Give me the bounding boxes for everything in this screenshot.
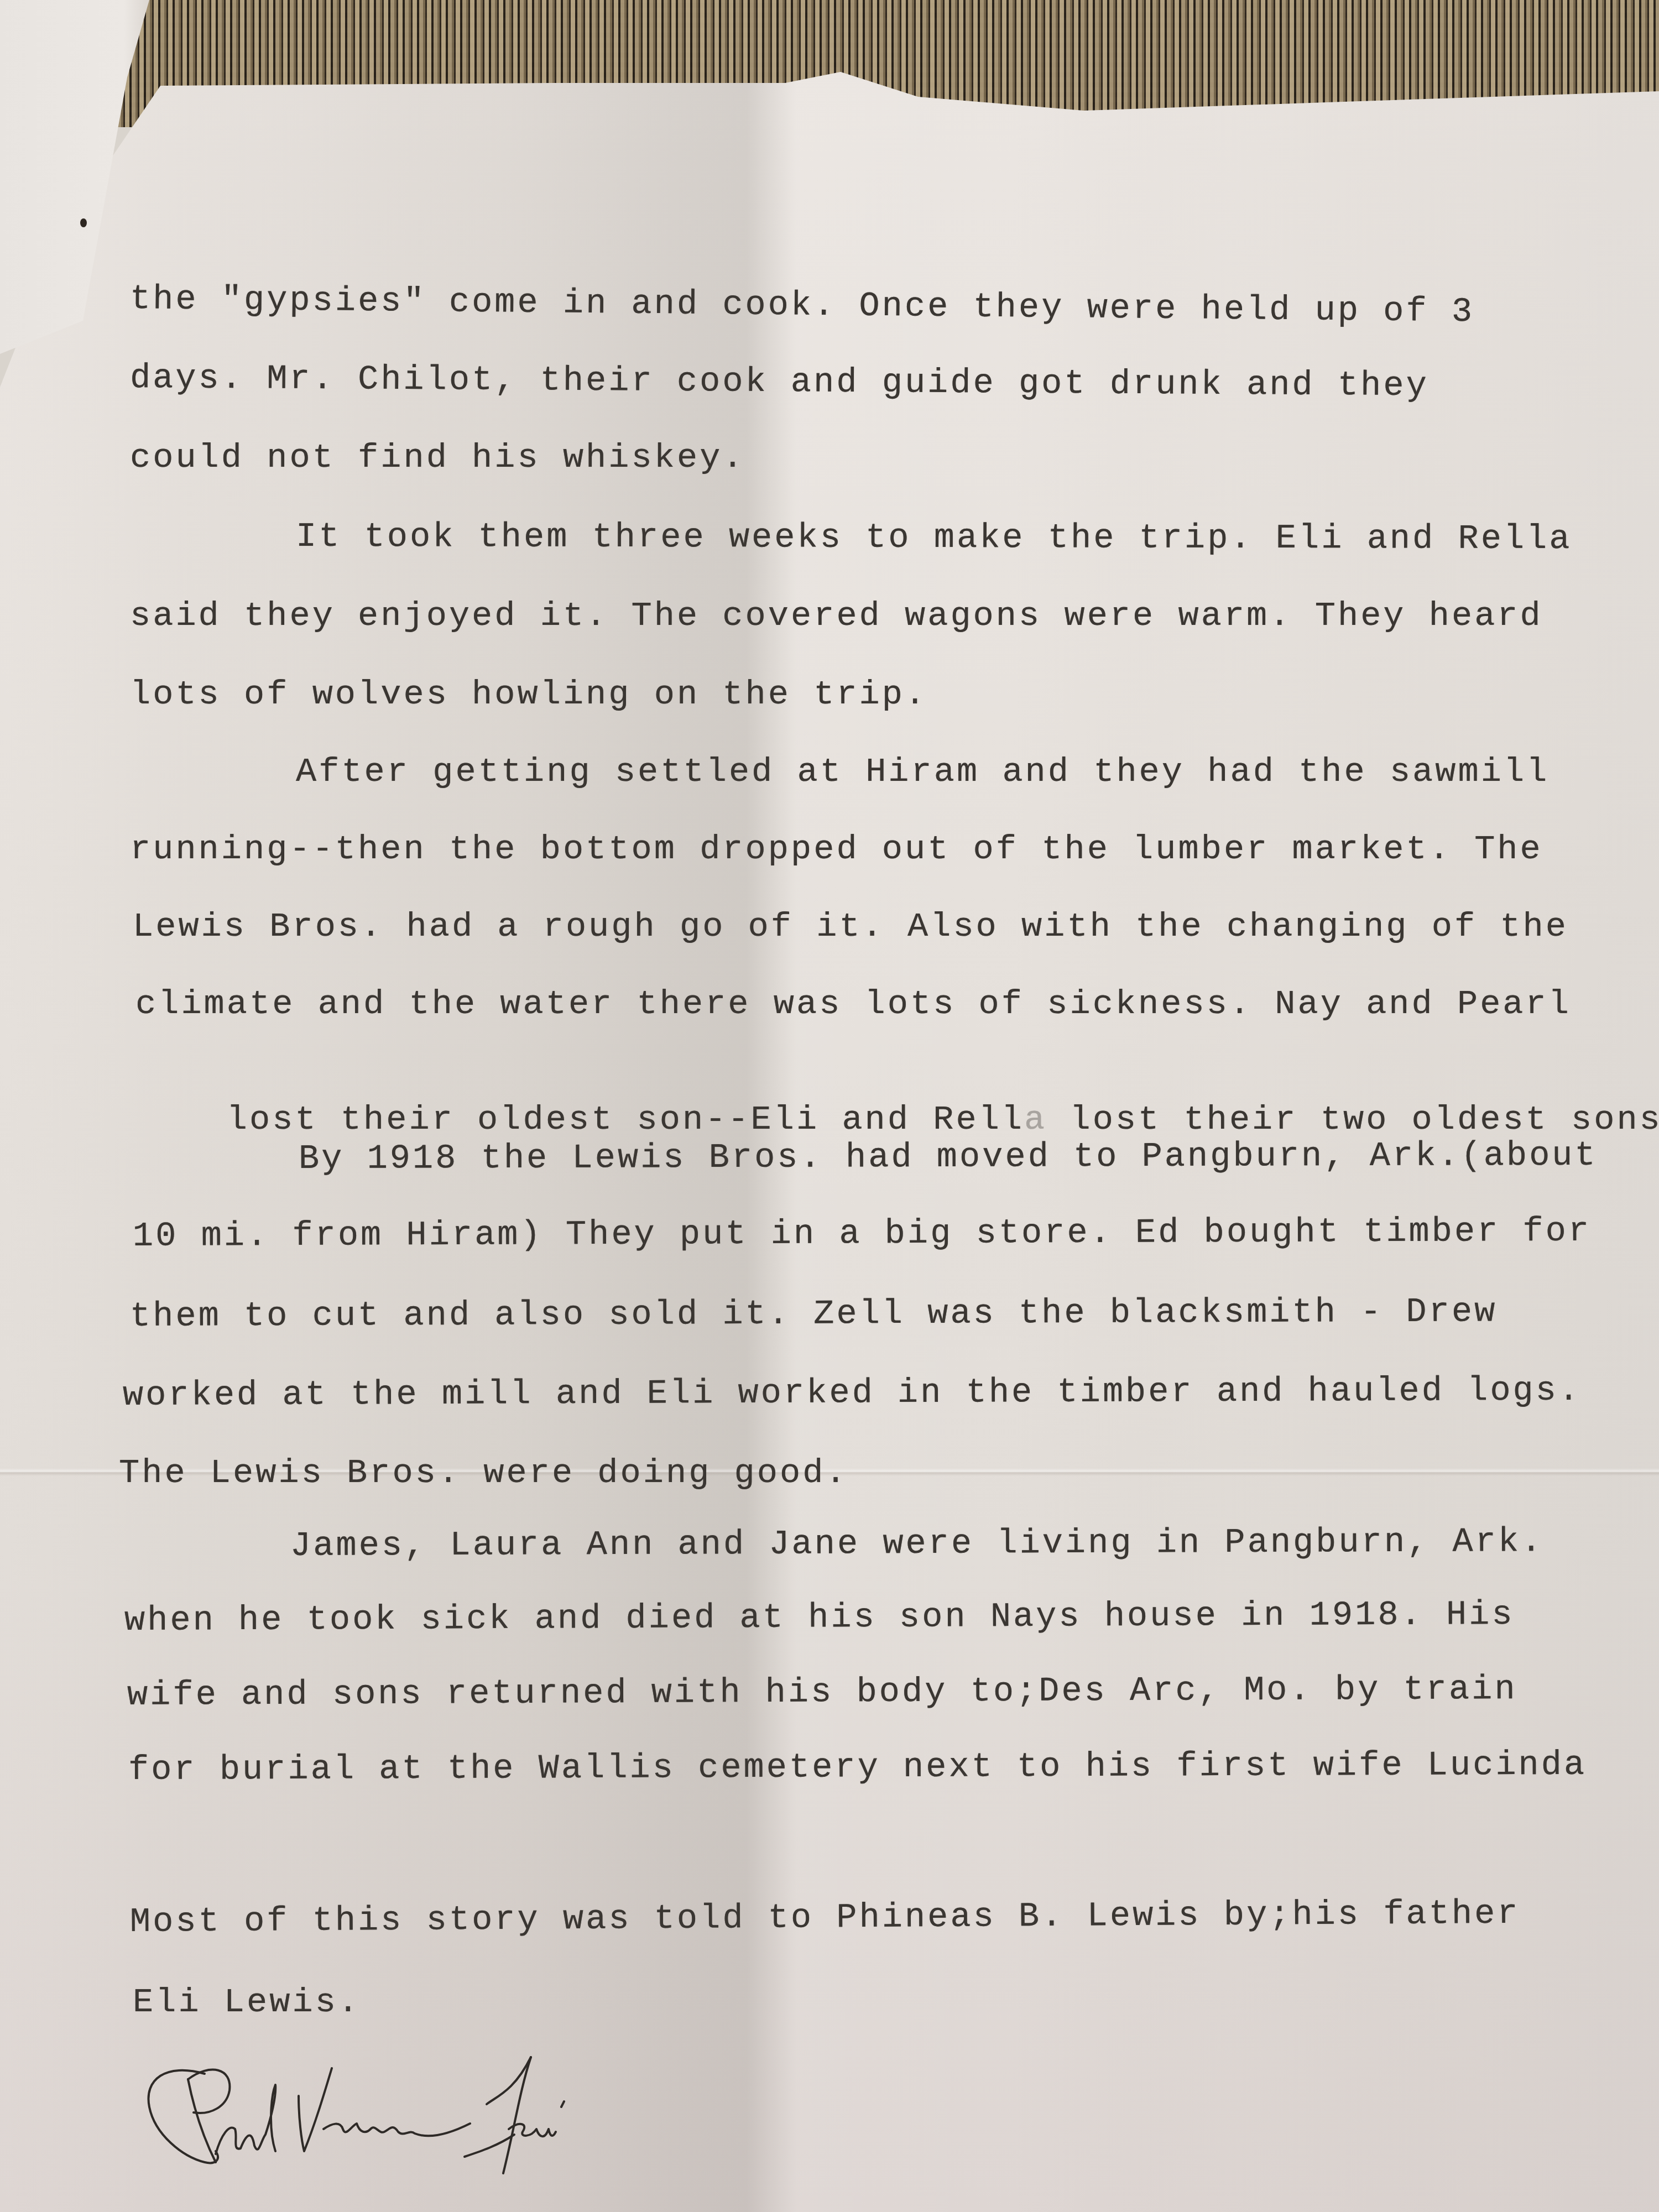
text-line: James, Laura Ann and Jane were living in…	[290, 1522, 1544, 1566]
text-line: when he took sick and died at his son Na…	[124, 1595, 1515, 1640]
text-line: wife and sons returned with his body to;…	[127, 1670, 1517, 1715]
text-line: days. Mr. Chilot, their cook and guide g…	[130, 358, 1429, 405]
text-line: them to cut and also sold it. Zell was t…	[130, 1292, 1498, 1336]
ink-dot	[80, 218, 87, 227]
text-line: running--then the bottom dropped out of …	[130, 830, 1543, 869]
text-line: It took them three weeks to make the tri…	[296, 517, 1572, 559]
text-line: The Lewis Bros. were doing good.	[119, 1453, 848, 1493]
text-line: Lewis Bros. had a rough go of it. Also w…	[133, 907, 1568, 946]
text-fragment: lost their oldest son--Eli and Rell	[227, 1100, 1024, 1139]
text-line: 10 mi. from Hiram) They put in a big sto…	[133, 1212, 1591, 1256]
text-line: After getting settled at Hiram and they …	[296, 752, 1549, 791]
typewritten-document: the "gypsies" come in and cook. Once the…	[0, 0, 1659, 2212]
text-line: the "gypsies" come in and cook. Once the…	[130, 279, 1475, 331]
handwritten-signature: Paul Vernon Lewis	[133, 2041, 630, 2184]
text-line: worked at the mill and Eli worked in the…	[123, 1371, 1581, 1415]
text-line: Eli Lewis.	[133, 1983, 361, 2022]
text-line: Most of this story was told to Phineas B…	[130, 1894, 1520, 1942]
text-line: for burial at the Wallis cemetery next t…	[128, 1745, 1587, 1790]
text-line: could not find his whiskey.	[130, 438, 745, 477]
text-line: By 1918 the Lewis Bros. had moved to Pan…	[299, 1136, 1598, 1178]
text-line: said they enjoyed it. The covered wagons…	[130, 596, 1543, 635]
text-line: climate and the water there was lots of …	[135, 984, 1571, 1024]
faint-overstrike-character: a	[1024, 1100, 1047, 1139]
text-line: lots of wolves howling on the trip.	[130, 675, 927, 714]
text-fragment: lost their two oldest sons.	[1047, 1100, 1659, 1139]
